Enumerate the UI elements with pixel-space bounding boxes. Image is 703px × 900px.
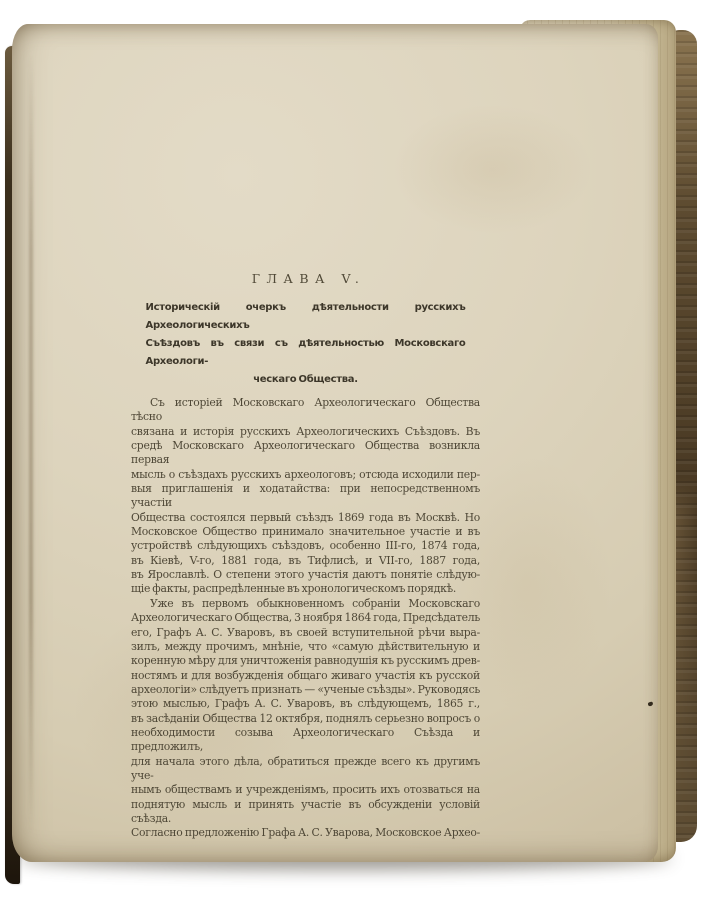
text-line: зилъ, между прочимъ, мнѣніе, что «самую …: [131, 640, 480, 654]
text-line: необходимости созыва Археологическаго Съ…: [131, 726, 480, 755]
text-line: Археологическаго Общества, 3 ноября 1864…: [131, 611, 480, 625]
text-line: выя приглашенія и ходатайства: при непос…: [131, 482, 480, 511]
body-paragraph: Уже въ первомъ обыкновенномъ собраніи Мо…: [131, 597, 480, 841]
text-line: Съѣздовъ въ связи съ дѣятельностью Моско…: [146, 335, 466, 371]
text-line: въ Кіевѣ, V-го, 1881 года, въ Тифлисѣ, и…: [131, 554, 480, 568]
text-line: этою мыслью, Графъ А. С. Уваровъ, въ слѣ…: [131, 697, 480, 711]
book-photo: ГЛАВА V. Историческій очеркъ дѣятельност…: [0, 0, 703, 900]
text-line: ностямъ и для возбужденія общаго живаго …: [131, 669, 480, 683]
text-line: средѣ Московскаго Археологическаго Общес…: [131, 439, 480, 468]
paper-stain: [392, 104, 592, 234]
gutter-shadow: [29, 54, 33, 834]
text-line: въ Ярославлѣ. О степени этого участія да…: [131, 568, 480, 582]
text-line: археологіи» слѣдуетъ признать — «ученые …: [131, 683, 480, 697]
text-line: Общества состоялся первый съѣздъ 1869 го…: [131, 511, 480, 525]
text-line: коренную мѣру для уничтоженія равнодушія…: [131, 654, 480, 668]
text-line: Уже въ первомъ обыкновенномъ собраніи Мо…: [131, 597, 480, 611]
chapter-subtitle: Историческій очеркъ дѣятельности русских…: [146, 299, 466, 389]
text-line: Историческій очеркъ дѣятельности русских…: [146, 299, 466, 335]
page-text-block: ГЛАВА V. Историческій очеркъ дѣятельност…: [131, 272, 480, 841]
ink-speck: [648, 701, 654, 706]
text-line: щіе факты, распредѣленные въ хронологиче…: [131, 582, 480, 596]
text-line: связана и исторія русскихъ Археологическ…: [131, 425, 480, 439]
text-line: ческаго Общества.: [146, 371, 466, 389]
body-paragraph: Съ исторіей Московскаго Археологическаго…: [131, 396, 480, 597]
chapter-heading: ГЛАВА V.: [131, 272, 480, 286]
text-line: мысль о съѣздахъ русскихъ археологовъ; о…: [131, 468, 480, 482]
text-line: нымъ обществамъ и учрежденіямъ, просить …: [131, 783, 480, 797]
text-line: его, Графъ А. С. Уваровъ, въ своей вступ…: [131, 626, 480, 640]
text-line: Московское Общество принимало значительн…: [131, 525, 480, 539]
text-line: въ засѣданіи Общества 12 октября, поднял…: [131, 712, 480, 726]
text-line: для начала этого дѣла, обратиться прежде…: [131, 755, 480, 784]
text-line: поднятую мысль и принять участіе въ обсу…: [131, 798, 480, 827]
text-line: устройствѣ слѣдующихъ съѣздовъ, особенно…: [131, 539, 480, 553]
text-line: Согласно предложенію Графа А. С. Уварова…: [131, 826, 480, 840]
text-line: Съ исторіей Московскаго Археологическаго…: [131, 396, 480, 425]
